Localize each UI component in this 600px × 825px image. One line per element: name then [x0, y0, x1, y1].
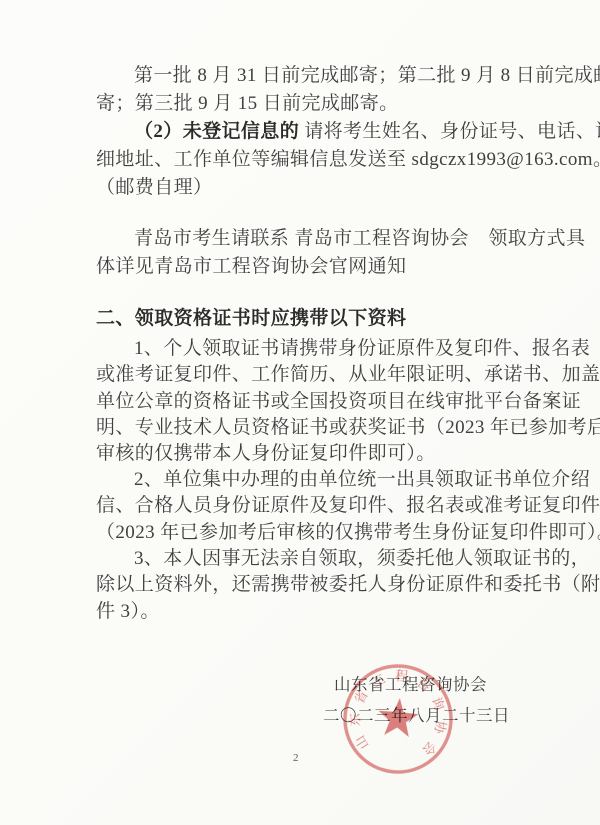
- text-line: 件 3）。: [96, 599, 536, 625]
- text-line: 审核的仅携带本人身份证复印件即可）。: [96, 441, 536, 467]
- svg-text:会: 会: [420, 738, 440, 758]
- text-line: 体详见青岛市工程咨询协会官网通知: [96, 253, 536, 281]
- paragraph-item-1: 1、个人领取证书请携带身份证原件及复印件、报名表 或准考证复印件、工作简历、从业…: [96, 336, 536, 467]
- section-heading-2: 二、领取资格证书时应携带以下资料: [96, 305, 406, 333]
- text-line: （邮费自理）: [96, 174, 536, 202]
- text-line: （2023 年已参加考后审核的仅携带考生身份证复印件即可）。: [96, 520, 536, 546]
- text-line: （2）未登记信息的 请将考生姓名、身份证号、电话、详: [96, 118, 536, 146]
- signature-date: 二〇二三年八月二十三日: [323, 705, 510, 727]
- paragraph-item-2: 2、单位集中办理的由单位统一出具领取证书单位介绍 信、合格人员身份证原件及复印件…: [96, 467, 536, 546]
- signature-organization: 山东省工程咨询协会: [334, 674, 487, 696]
- heading-text: 二、领取资格证书时应携带以下资料: [96, 305, 406, 333]
- text-run: 请将考生姓名、身份证号、电话、详: [299, 121, 600, 142]
- bold-run: （2）未登记信息的: [134, 121, 299, 142]
- paragraph-mailing-batches: 第一批 8 月 31 日前完成邮寄；第二批 9 月 8 日前完成邮 寄；第三批 …: [96, 62, 536, 202]
- paragraph-item-3: 3、本人因事无法亲自领取，须委托他人领取证书的， 除以上资料外，还需携带被委托人…: [96, 546, 536, 625]
- scanned-document-page: 第一批 8 月 31 日前完成邮寄；第二批 9 月 8 日前完成邮 寄；第三批 …: [0, 0, 600, 825]
- page-number: 2: [293, 752, 299, 764]
- text-line: 1、个人领取证书请携带身份证原件及复印件、报名表: [96, 336, 536, 362]
- text-line: 青岛市考生请联系 青岛市工程咨询协会 领取方式具: [96, 225, 536, 253]
- text-line: 3、本人因事无法亲自领取，须委托他人领取证书的，: [96, 546, 536, 572]
- text-line: 寄；第三批 9 月 15 日前完成邮寄。: [96, 90, 536, 118]
- text-line: 除以上资料外，还需携带被委托人身份证原件和委托书（附: [96, 572, 536, 598]
- text-line: 信、合格人员身份证原件及复印件、报名表或准考证复印件: [96, 493, 536, 519]
- text-line: 明、专业技术人员资格证书或获奖证书（2023 年已参加考后: [96, 415, 536, 441]
- text-line: 2、单位集中办理的由单位统一出具领取证书单位介绍: [96, 467, 536, 493]
- svg-text:山: 山: [352, 733, 372, 752]
- text-line: 或准考证复印件、工作简历、从业年限证明、承诺书、加盖: [96, 362, 536, 388]
- paragraph-qingdao-notice: 青岛市考生请联系 青岛市工程咨询协会 领取方式具 体详见青岛市工程咨询协会官网通…: [96, 225, 536, 281]
- text-line: 第一批 8 月 31 日前完成邮寄；第二批 9 月 8 日前完成邮: [96, 62, 536, 90]
- text-line: 单位公章的资格证书或全国投资项目在线审批平台备案证: [96, 389, 536, 415]
- text-line-with-email: 细地址、工作单位等编辑信息发送至 sdgczx1993@163.com。: [96, 146, 536, 174]
